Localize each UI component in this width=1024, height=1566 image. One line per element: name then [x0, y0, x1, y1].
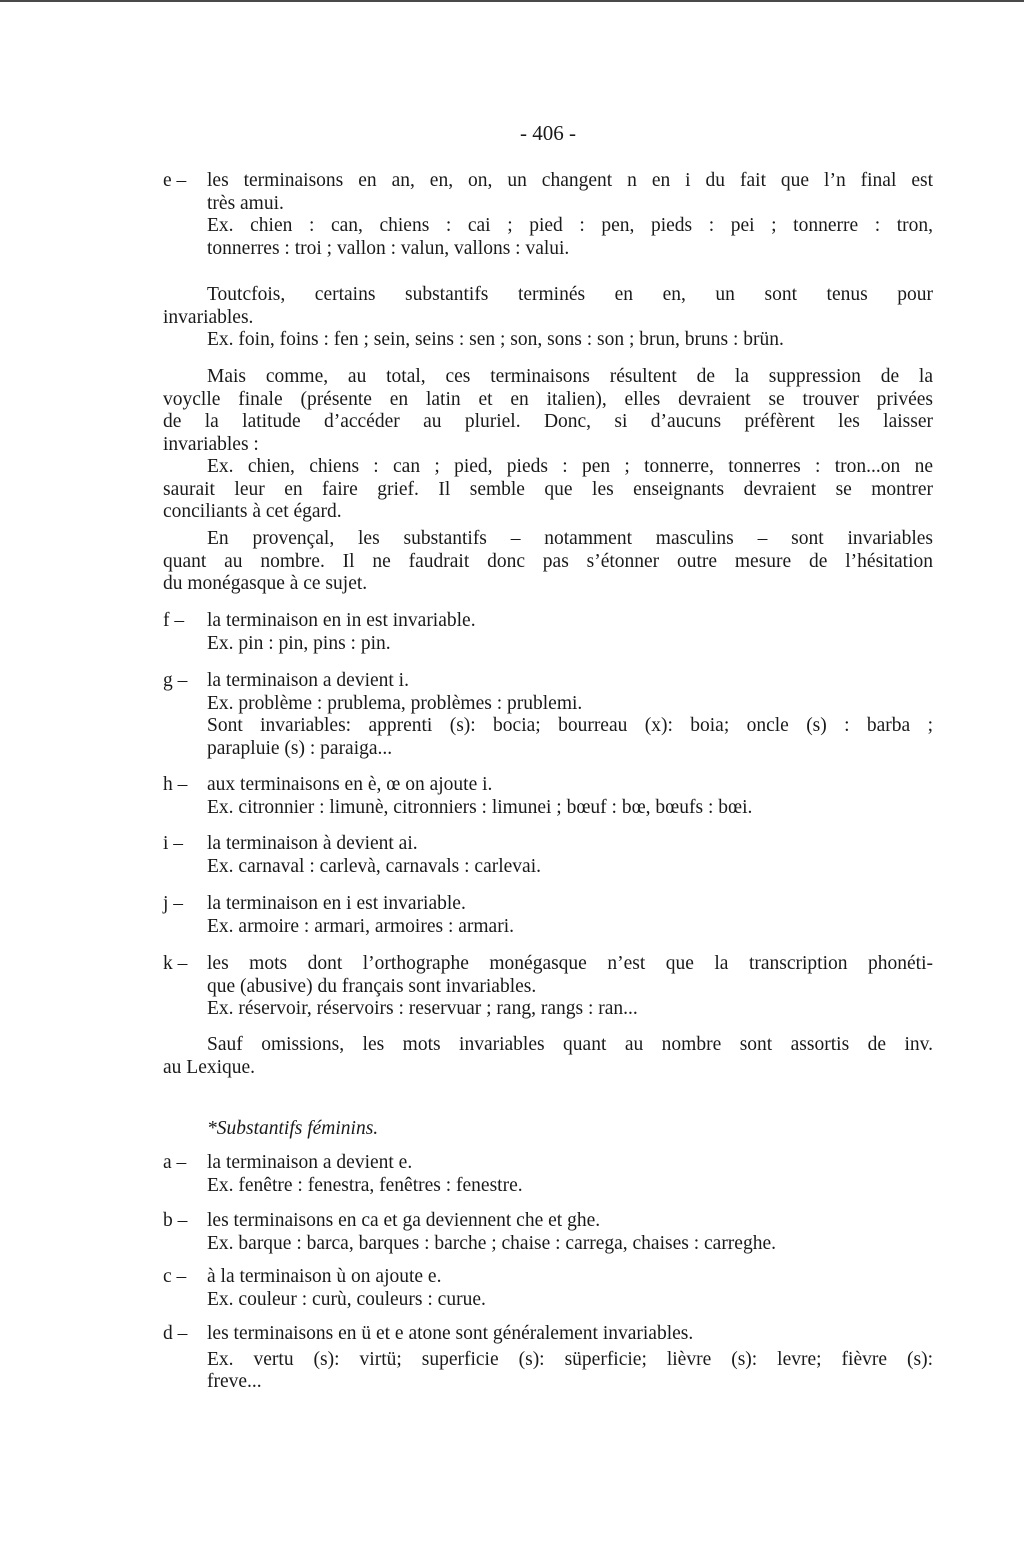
example-text: Ex. carnaval : carlevà, carnavals : carl… — [207, 856, 933, 879]
rule-text: les mots dont l’orthographe monégasque n… — [207, 953, 933, 976]
rule-text: la terminaison a devient i. — [207, 670, 933, 693]
example-text: Ex. vertu (s): virtü; superficie (s): sü… — [207, 1349, 933, 1372]
rule-item-f: f – la terminaison en in est invariable.… — [163, 610, 933, 655]
example-text: freve... — [207, 1371, 933, 1394]
item-label: d – — [163, 1323, 207, 1346]
rule-text: les terminaisons en an, en, on, un chang… — [207, 170, 933, 193]
rule-item-k: k – les mots dont l’orthographe monégasq… — [163, 953, 933, 1021]
item-label: h – — [163, 774, 207, 797]
rule-item-e: e – les terminaisons en an, en, on, un c… — [163, 170, 933, 260]
paragraph-line: du monégasque à ce sujet. — [163, 573, 933, 596]
paragraph-toutefois: Toutcfois, certains substantifs terminés… — [163, 284, 933, 352]
section-heading-feminins: *Substantifs féminins. — [207, 1118, 378, 1141]
paragraph-line: En provençal, les substantifs – notammen… — [163, 528, 933, 551]
rule-item-h: h – aux terminaisons en è, œ on ajoute i… — [163, 774, 933, 819]
rule-item-c: c – à la terminaison ù on ajoute e. Ex. … — [163, 1266, 933, 1311]
paragraph-line: quant au nombre. Il ne faudrait donc pas… — [163, 551, 933, 574]
rule-item-g: g – la terminaison a devient i. Ex. prob… — [163, 670, 933, 760]
item-label: j – — [163, 893, 207, 916]
example-text: tonnerres : troi ; vallon : valun, vallo… — [207, 238, 933, 261]
paragraph-line: saurait leur en faire grief. Il semble q… — [163, 479, 933, 502]
page-top-border — [0, 0, 1024, 2]
item-label: i – — [163, 833, 207, 856]
rule-text: la terminaison à devient ai. — [207, 833, 933, 856]
paragraph-line: Sauf omissions, les mots invariables qua… — [163, 1034, 933, 1057]
item-label: c – — [163, 1266, 207, 1289]
example-text: parapluie (s) : paraiga... — [207, 738, 933, 761]
example-text: Ex. chien : can, chiens : cai ; pied : p… — [207, 215, 933, 238]
paragraph-line: Toutcfois, certains substantifs terminés… — [163, 284, 933, 307]
item-label: e – — [163, 170, 207, 193]
rule-item-i: i – la terminaison à devient ai. Ex. car… — [163, 833, 933, 878]
rule-item-b: b – les terminaisons en ca et ga devienn… — [163, 1210, 933, 1255]
item-label: b – — [163, 1210, 207, 1233]
rule-text: très amui. — [207, 193, 933, 216]
rule-text: les terminaisons en ü et e atone sont gé… — [207, 1323, 933, 1346]
example-text: Ex. couleur : curù, couleurs : curue. — [207, 1289, 933, 1312]
paragraph-sauf-omissions: Sauf omissions, les mots invariables qua… — [163, 1034, 933, 1079]
paragraph-line: conciliants à cet égard. — [163, 501, 933, 524]
item-label: k – — [163, 953, 207, 976]
item-label: a – — [163, 1152, 207, 1175]
example-text: Ex. foin, foins : fen ; sein, seins : se… — [163, 329, 933, 352]
rule-text: la terminaison a devient e. — [207, 1152, 933, 1175]
rule-item-d: d – les terminaisons en ü et e atone son… — [163, 1323, 933, 1394]
rule-item-a: a – la terminaison a devient e. Ex. fenê… — [163, 1152, 933, 1197]
item-label: g – — [163, 670, 207, 693]
paragraph-provencal: En provençal, les substantifs – notammen… — [163, 528, 933, 596]
paragraph-line: invariables. — [163, 307, 933, 330]
paragraph-line: Mais comme, au total, ces terminaisons r… — [163, 366, 933, 389]
paragraph-line: au Lexique. — [163, 1057, 933, 1080]
rule-text: à la terminaison ù on ajoute e. — [207, 1266, 933, 1289]
rule-text: la terminaison en i est invariable. — [207, 893, 933, 916]
paragraph-line: voyclle finale (présente en latin et en … — [163, 389, 933, 412]
example-text: Ex. pin : pin, pins : pin. — [207, 633, 933, 656]
example-text: Ex. fenêtre : fenestra, fenêtres : fenes… — [207, 1175, 933, 1198]
rule-item-j: j – la terminaison en i est invariable. … — [163, 893, 933, 938]
paragraph-mais-comme: Mais comme, au total, ces terminaisons r… — [163, 366, 933, 524]
example-text: Ex. citronnier : limunè, citronniers : l… — [207, 797, 933, 820]
rule-text: la terminaison en in est invariable. — [207, 610, 933, 633]
example-text: Ex. armoire : armari, armoires : armari. — [207, 916, 933, 939]
example-text: Ex. barque : barca, barques : barche ; c… — [207, 1233, 933, 1256]
item-label: f – — [163, 610, 207, 633]
example-text: Ex. chien, chiens : can ; pied, pieds : … — [163, 456, 933, 479]
page-number: - 406 - — [163, 122, 933, 145]
rule-text: que (abusive) du français sont invariabl… — [207, 976, 933, 999]
rule-text: les terminaisons en ca et ga deviennent … — [207, 1210, 933, 1233]
example-text: Ex. problème : prublema, problèmes : pru… — [207, 693, 933, 716]
rule-text: aux terminaisons en è, œ on ajoute i. — [207, 774, 933, 797]
paragraph-line: invariables : — [163, 434, 933, 457]
example-text: Sont invariables: apprenti (s): bocia; b… — [207, 715, 933, 738]
paragraph-line: de la latitude d’accéder au pluriel. Don… — [163, 411, 933, 434]
example-text: Ex. réservoir, réservoirs : reservuar ; … — [207, 998, 933, 1021]
